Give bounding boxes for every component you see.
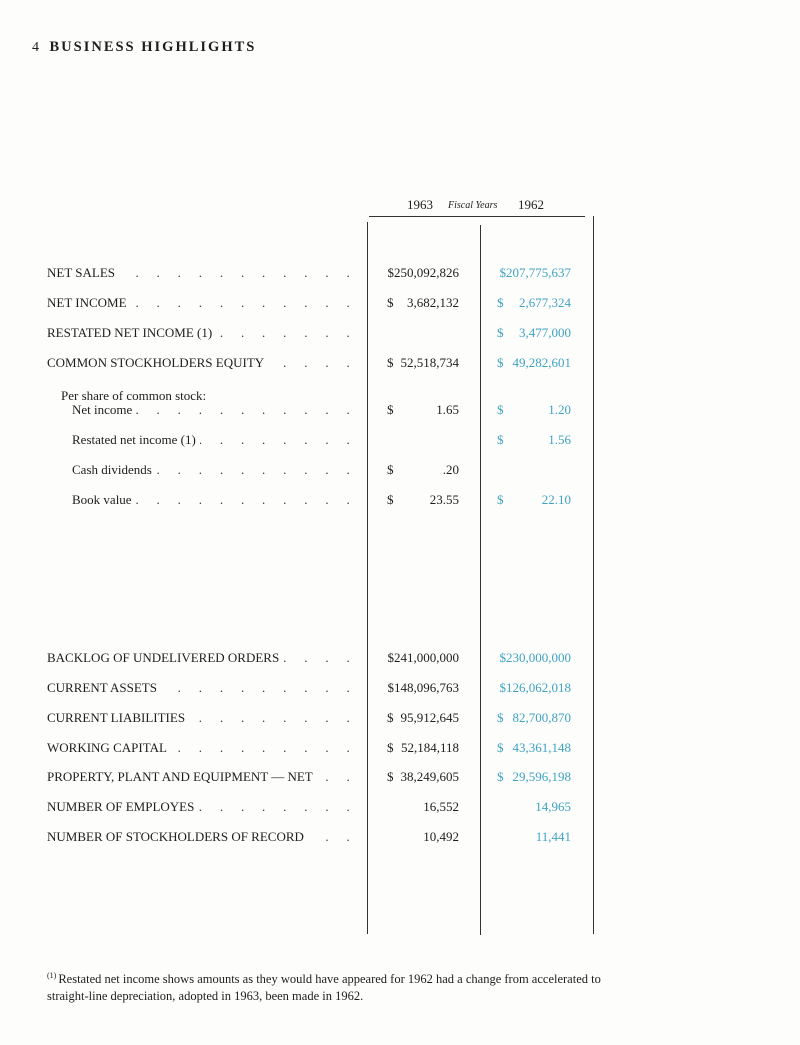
- currency-or-full-value: $: [497, 402, 504, 418]
- currency-or-full-value: $: [387, 492, 394, 508]
- amount: 11,441: [536, 829, 571, 845]
- amount: 3,477,000: [519, 325, 571, 341]
- amount: 29,596,198: [513, 769, 572, 785]
- amount: 2,677,324: [519, 295, 571, 311]
- row-label-text: Cash dividends: [72, 462, 156, 477]
- table-row: . . . . . . . . . . . . . . . . . . . . …: [0, 492, 800, 510]
- row-label: . . . . . . . . . . . . . . . . . . . . …: [47, 650, 357, 666]
- row-label-text: BACKLOG OF UNDELIVERED ORDERS: [47, 650, 283, 665]
- row-label-text: NUMBER OF EMPLOYES: [47, 799, 198, 814]
- currency-or-full-value: $: [497, 710, 504, 726]
- currency-or-full-value: $126,062,018: [500, 680, 572, 696]
- amount: 23.55: [430, 492, 459, 508]
- currency-or-full-value: $: [497, 295, 504, 311]
- table-row: . . . . . . . . . . . . . . . . . . . . …: [0, 265, 800, 283]
- row-label-text: Restated net income (1): [72, 432, 200, 447]
- amount: 14,965: [535, 799, 571, 815]
- currency-or-full-value: $: [387, 402, 394, 418]
- row-label-text: RESTATED NET INCOME (1): [47, 325, 216, 340]
- currency-or-full-value: $148,096,763: [388, 680, 460, 696]
- currency-or-full-value: $: [387, 295, 394, 311]
- currency-or-full-value: $207,775,637: [500, 265, 572, 281]
- amount: 22.10: [542, 492, 571, 508]
- row-label-text: Net income: [72, 402, 136, 417]
- table-row: . . . . . . . . . . . . . . . . . . . . …: [0, 432, 800, 450]
- row-label: . . . . . . . . . . . . . . . . . . . . …: [72, 402, 357, 418]
- amount: 43,361,148: [513, 740, 572, 756]
- amount: 52,184,118: [401, 740, 459, 756]
- table-row: . . . . . . . . . . . . . . . . . . . . …: [0, 462, 800, 480]
- currency-or-full-value: $: [387, 769, 394, 785]
- table-row: . . . . . . . . . . . . . . . . . . . . …: [0, 325, 800, 343]
- column-header-1962: 1962: [518, 197, 544, 213]
- row-label-text: NET SALES: [47, 265, 119, 280]
- currency-or-full-value: $241,000,000: [388, 650, 460, 666]
- currency-or-full-value: $: [497, 325, 504, 341]
- row-label-text: CURRENT ASSETS: [47, 680, 161, 695]
- column-header-caption: Fiscal Years: [448, 200, 497, 211]
- row-label: . . . . . . . . . . . . . . . . . . . . …: [47, 355, 357, 371]
- row-label: . . . . . . . . . . . . . . . . . . . . …: [47, 325, 357, 341]
- currency-or-full-value: $: [387, 710, 394, 726]
- amount: 1.20: [548, 402, 571, 418]
- row-label-text: WORKING CAPITAL: [47, 740, 171, 755]
- currency-or-full-value: $: [497, 432, 504, 448]
- table-row: . . . . . . . . . . . . . . . . . . . . …: [0, 355, 800, 373]
- amount: 52,518,734: [401, 355, 460, 371]
- table-row: . . . . . . . . . . . . . . . . . . . . …: [0, 769, 800, 787]
- amount: 16,552: [423, 799, 459, 815]
- row-label: . . . . . . . . . . . . . . . . . . . . …: [47, 265, 357, 281]
- amount: .20: [443, 462, 459, 478]
- row-label: . . . . . . . . . . . . . . . . . . . . …: [47, 799, 357, 815]
- row-label-text: CURRENT LIABILITIES: [47, 710, 189, 725]
- row-label: . . . . . . . . . . . . . . . . . . . . …: [47, 829, 357, 845]
- currency-or-full-value: $: [497, 740, 504, 756]
- table-top-rule: [369, 216, 585, 217]
- currency-or-full-value: $250,092,826: [388, 265, 460, 281]
- row-label-text: NET INCOME: [47, 295, 131, 310]
- amount: 49,282,601: [513, 355, 572, 371]
- row-label-text: Book value: [72, 492, 136, 507]
- table-row: . . . . . . . . . . . . . . . . . . . . …: [0, 295, 800, 313]
- row-label: . . . . . . . . . . . . . . . . . . . . …: [47, 680, 357, 696]
- amount: 3,682,132: [407, 295, 459, 311]
- currency-or-full-value: $: [387, 740, 394, 756]
- footnote-text: Restated net income shows amounts as the…: [47, 972, 601, 1003]
- currency-or-full-value: $: [497, 769, 504, 785]
- column-header-1963: 1963: [407, 197, 433, 213]
- amount: 1.56: [548, 432, 571, 448]
- row-label-text: NUMBER OF STOCKHOLDERS OF RECORD: [47, 829, 308, 844]
- table-row: . . . . . . . . . . . . . . . . . . . . …: [0, 650, 800, 668]
- page-header: 4 BUSINESS HIGHLIGHTS: [32, 39, 256, 56]
- row-label: . . . . . . . . . . . . . . . . . . . . …: [47, 710, 357, 726]
- table-row: . . . . . . . . . . . . . . . . . . . . …: [0, 680, 800, 698]
- footnote: (1)Restated net income shows amounts as …: [47, 967, 607, 1005]
- amount: 95,912,645: [401, 710, 460, 726]
- column-rule-right: [593, 216, 594, 934]
- row-label: . . . . . . . . . . . . . . . . . . . . …: [72, 432, 357, 448]
- row-label-text: COMMON STOCKHOLDERS EQUITY: [47, 355, 268, 370]
- amount: 10,492: [423, 829, 459, 845]
- table-row: . . . . . . . . . . . . . . . . . . . . …: [0, 829, 800, 847]
- page-title: BUSINESS HIGHLIGHTS: [50, 39, 257, 55]
- table-row: . . . . . . . . . . . . . . . . . . . . …: [0, 740, 800, 758]
- currency-or-full-value: $: [387, 462, 394, 478]
- row-label: . . . . . . . . . . . . . . . . . . . . …: [47, 740, 357, 756]
- currency-or-full-value: $: [497, 492, 504, 508]
- table-row: . . . . . . . . . . . . . . . . . . . . …: [0, 710, 800, 728]
- amount: 38,249,605: [401, 769, 460, 785]
- table-row: . . . . . . . . . . . . . . . . . . . . …: [0, 799, 800, 817]
- row-label: . . . . . . . . . . . . . . . . . . . . …: [47, 295, 357, 311]
- footnote-marker: (1): [47, 971, 56, 980]
- page-number: 4: [32, 40, 41, 55]
- row-label: . . . . . . . . . . . . . . . . . . . . …: [72, 462, 357, 478]
- amount: 1.65: [436, 402, 459, 418]
- currency-or-full-value: $: [497, 355, 504, 371]
- currency-or-full-value: $: [387, 355, 394, 371]
- amount: 82,700,870: [513, 710, 572, 726]
- row-label: . . . . . . . . . . . . . . . . . . . . …: [72, 492, 357, 508]
- table-row: . . . . . . . . . . . . . . . . . . . . …: [0, 402, 800, 420]
- currency-or-full-value: $230,000,000: [500, 650, 572, 666]
- row-label: . . . . . . . . . . . . . . . . . . . . …: [47, 769, 357, 785]
- row-label-text: PROPERTY, PLANT AND EQUIPMENT — NET: [47, 769, 317, 784]
